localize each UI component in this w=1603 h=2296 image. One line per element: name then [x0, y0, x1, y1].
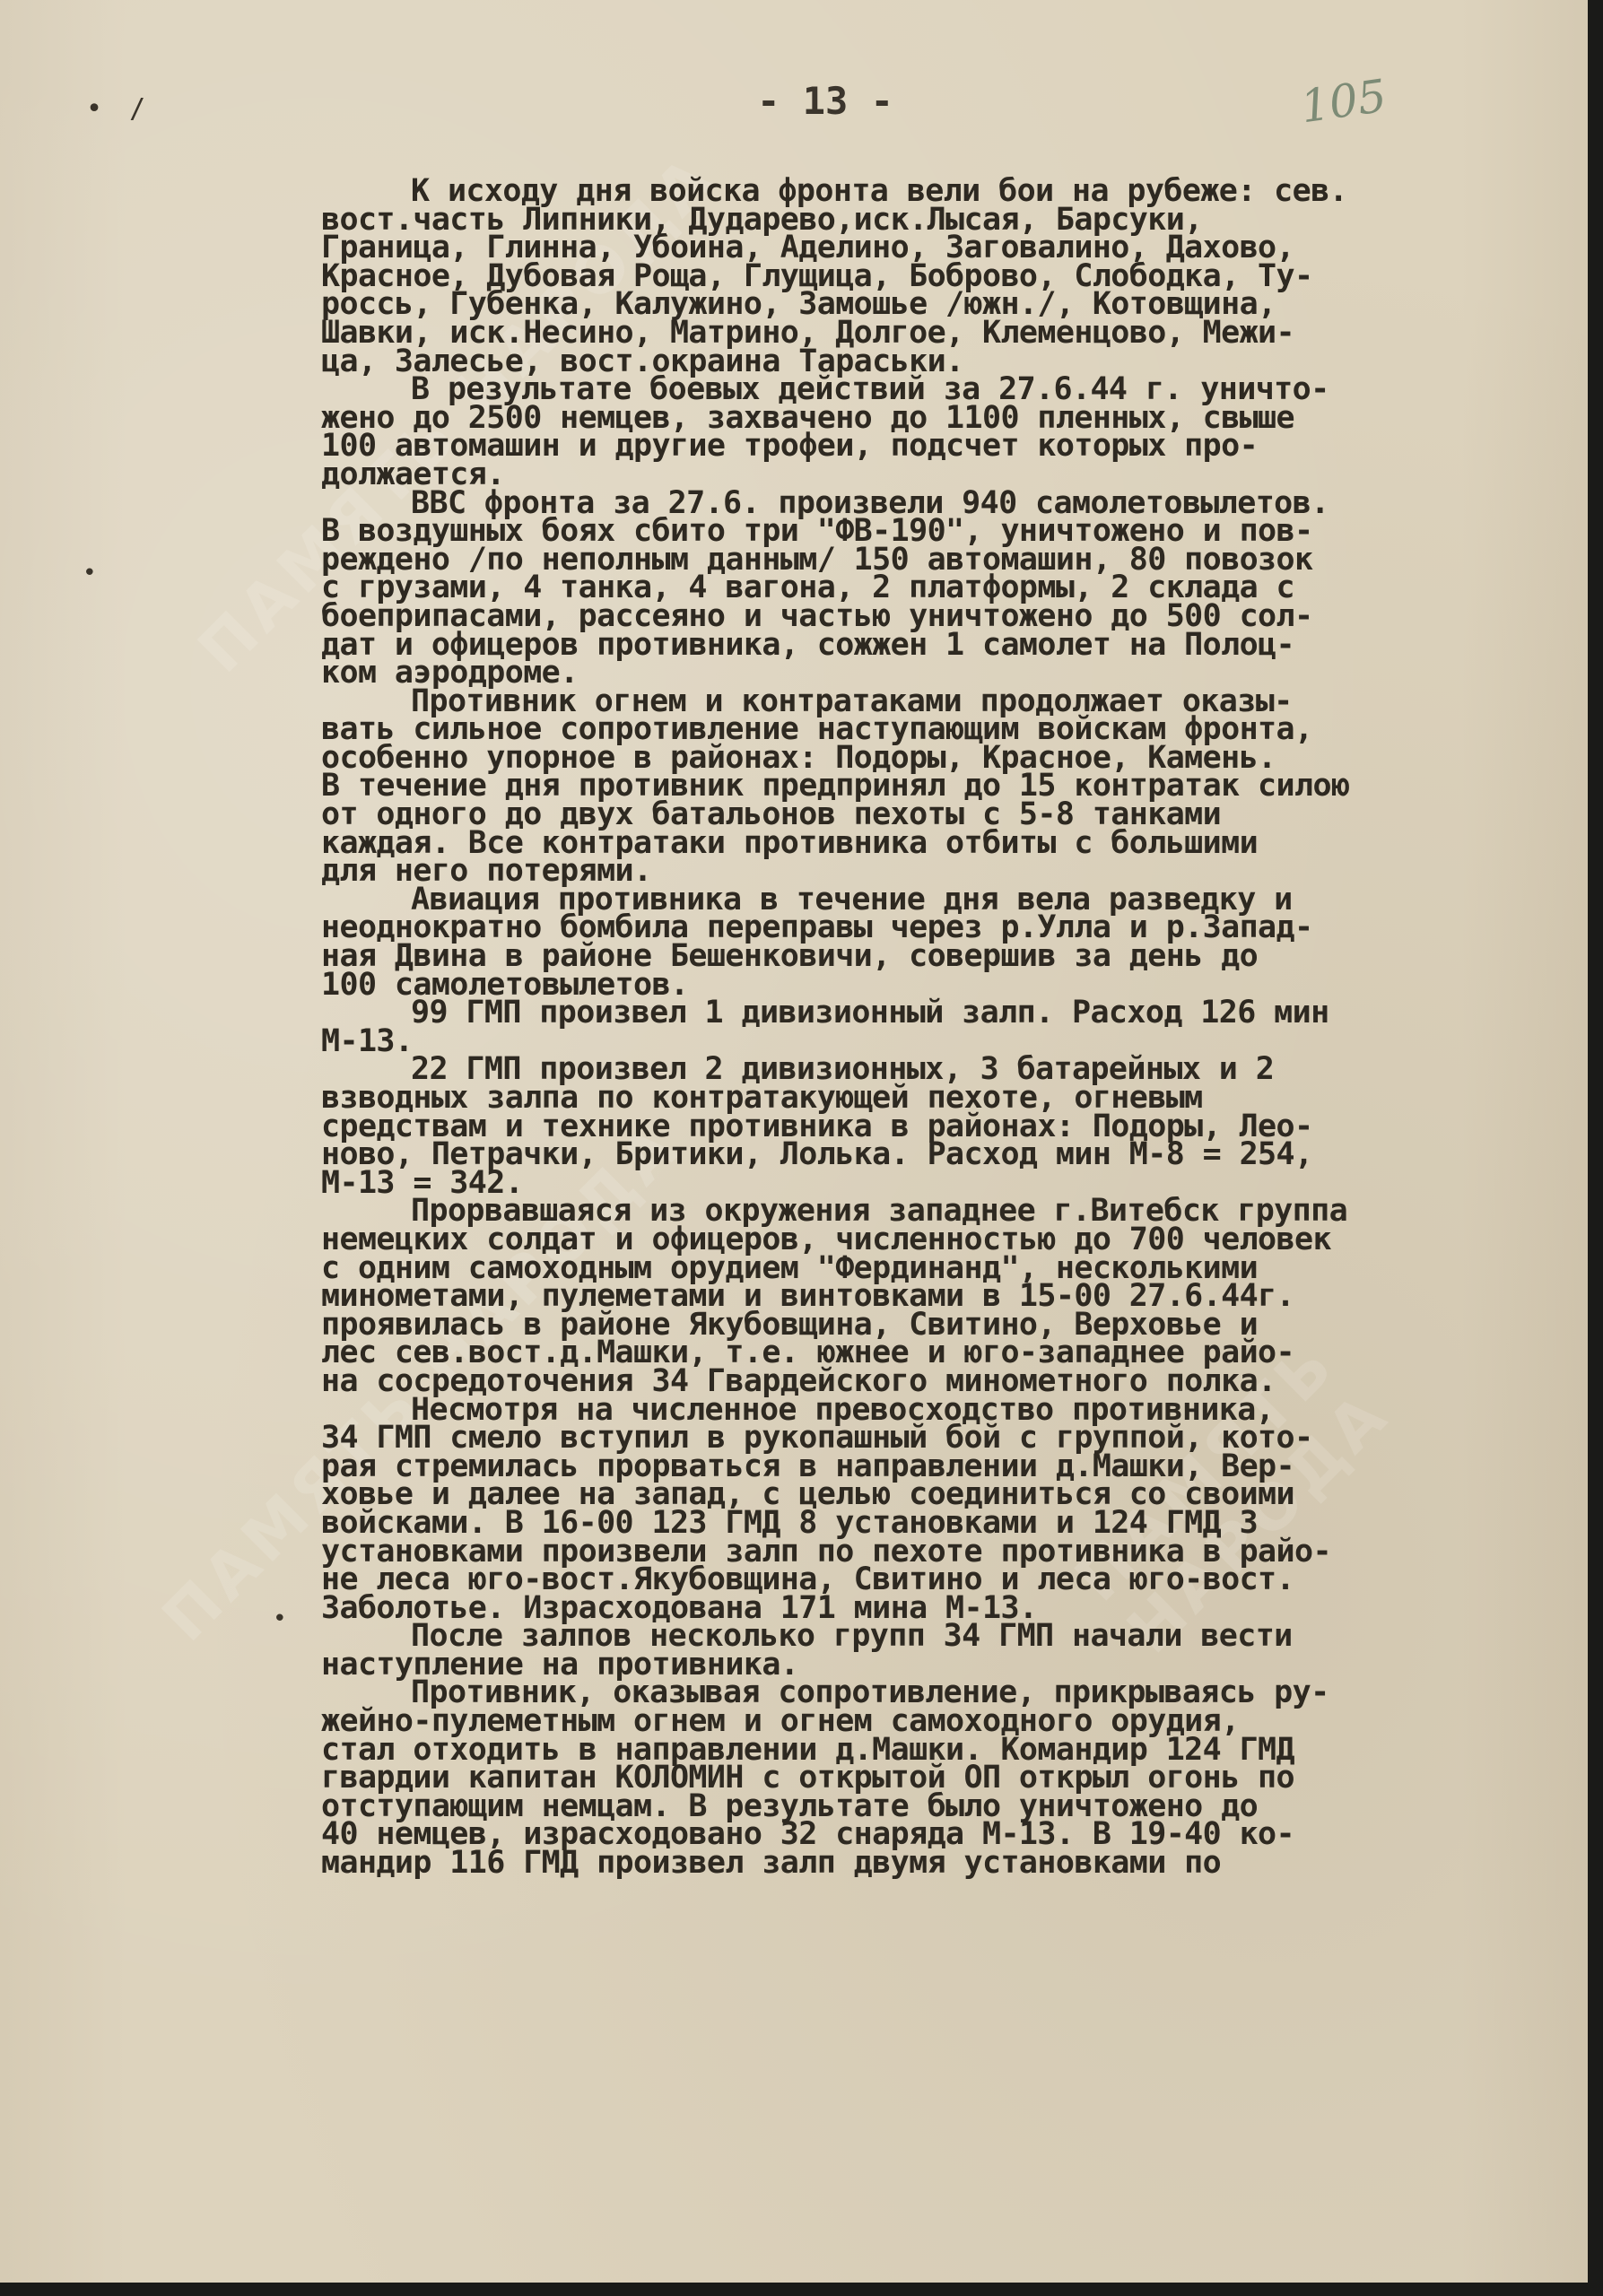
margin-mark: • /: [86, 93, 151, 125]
paragraph: Прорвавшаяся из окружения западнее г.Вит…: [321, 1197, 1541, 1396]
text-line: мандир 116 ГМД произвел залп двумя устан…: [321, 1849, 1541, 1878]
paragraph: Противник, оказывая сопротивление, прикр…: [321, 1679, 1541, 1877]
paragraph: 99 ГМП произвел 1 дивизионный залп. Расх…: [321, 999, 1541, 1056]
paragraph: После залпов несколько групп 34 ГМП нача…: [321, 1622, 1541, 1679]
text-line: 99 ГМП произвел 1 дивизионный залп. Расх…: [321, 999, 1541, 1028]
page-number: - 13 -: [736, 79, 915, 123]
paragraph: 22 ГМП произвел 2 дивизионных, 3 батарей…: [321, 1056, 1541, 1197]
paragraph: В результате боевых действий за 27.6.44 …: [321, 376, 1541, 489]
margin-mark: •: [273, 1605, 287, 1632]
paragraph: К исходу дня войска фронта вели бои на р…: [321, 178, 1541, 376]
archive-sheet-number: 105: [1297, 70, 1390, 134]
document-body: К исходу дня войска фронта вели бои на р…: [321, 178, 1541, 1878]
paragraph: Противник огнем и контратаками продолжае…: [321, 688, 1541, 886]
paragraph: Несмотря на численное превосходство прот…: [321, 1396, 1541, 1623]
paragraph: ВВС фронта за 27.6. произвели 940 самоле…: [321, 490, 1541, 688]
document-page: ПАМЯТЬ НАРОДА ПАМЯТЬ НАРОДА ПАМЯТЬ НАРОД…: [0, 0, 1588, 2283]
paragraph: Авиация противника в течение дня вела ра…: [321, 886, 1541, 999]
margin-mark: •: [83, 560, 97, 587]
